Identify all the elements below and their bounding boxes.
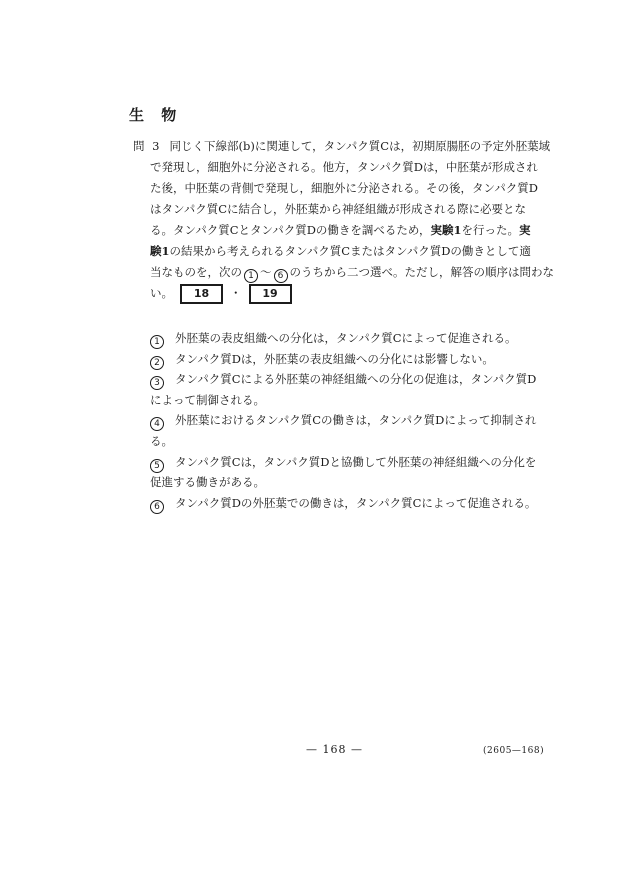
page-title: 生 物 [129, 104, 182, 125]
option-1-text: 外胚葉の表皮組織への分化は，タンパク質Cによって促進される。 [175, 331, 517, 345]
option-6-text: タンパク質Dの外胚葉での働きは，タンパク質Cによって促進される。 [175, 496, 536, 510]
option-2-circled-number: 2 [150, 356, 164, 370]
answer-box-separator: ・ [230, 286, 242, 300]
stem-line-7: 当なものを，次の1～6のうちから二つ選べ。ただし，解答の順序は問わな [133, 262, 573, 283]
option-6: 6タンパク質Dの外胚葉での働きは，タンパク質Cによって促進される。 [150, 493, 580, 514]
option-2-text: タンパク質Dは，外胚葉の表皮組織への分化には影響しない。 [175, 352, 494, 366]
option-4: 4外胚葉におけるタンパク質Cの働きは，タンパク質Dによって抑制され [150, 410, 580, 431]
stem-line-2: で発現し，細胞外に分泌される。他方，タンパク質Dは，中胚葉が形成され [133, 157, 573, 178]
stem-line-1: 問 3同じく下線部(b)に関連して，タンパク質Cは，初期原腸胚の予定外胚葉域 [133, 136, 573, 157]
options-list: 1外胚葉の表皮組織への分化は，タンパク質Cによって促進される。 2タンパク質Dは… [150, 328, 580, 513]
inline-circled-6-icon: 6 [274, 269, 288, 283]
option-5-continuation: 促進する働きがある。 [150, 472, 580, 493]
option-5-circled-number: 5 [150, 459, 164, 473]
answer-line: い。18・19 [133, 283, 573, 304]
exam-page: 生 物 問 3同じく下線部(b)に関連して，タンパク質Cは，初期原腸胚の予定外胚… [0, 0, 620, 876]
option-3: 3タンパク質Cによる外胚葉の神経組織への分化の促進は，タンパク質D [150, 369, 580, 390]
answer-line-prefix: い。 [150, 286, 173, 300]
option-3-continuation: によって制御される。 [150, 390, 580, 411]
stem-line-5-text: る。タンパク質Cとタンパク質Dの働きを調べるため， [150, 223, 430, 237]
option-1: 1外胚葉の表皮組織への分化は，タンパク質Cによって促進される。 [150, 328, 580, 349]
option-2: 2タンパク質Dは，外胚葉の表皮組織への分化には影響しない。 [150, 349, 580, 370]
stem-line-7-text-2: のうちから二つ選べ。ただし，解答の順序は問わな [290, 265, 555, 279]
print-code: (2605—168) [483, 746, 544, 756]
answer-box-19: 19 [249, 284, 292, 304]
option-5-text: タンパク質Cは，タンパク質Dと協働して外胚葉の神経組織への分化を [175, 455, 536, 469]
inline-circled-1-icon: 1 [244, 269, 258, 283]
range-tilde: ～ [260, 265, 272, 279]
option-5: 5タンパク質Cは，タンパク質Dと協働して外胚葉の神経組織への分化を [150, 452, 580, 473]
stem-line-1-text: 同じく下線部(b)に関連して，タンパク質Cは，初期原腸胚の予定外胚葉域 [169, 139, 550, 153]
option-3-circled-number: 3 [150, 376, 164, 390]
option-4-text: 外胚葉におけるタンパク質Cの働きは，タンパク質Dによって抑制され [175, 413, 536, 427]
option-6-circled-number: 6 [150, 500, 164, 514]
stem-line-3: た後，中胚葉の背側で発現し，細胞外に分泌される。その後，タンパク質D [133, 178, 573, 199]
page-number: — 168 — [306, 743, 363, 756]
stem-line-6-text: の結果から考えられるタンパク質Cまたはタンパク質Dの働きとして適 [170, 244, 531, 258]
question-label: 問 3 [133, 139, 161, 153]
experiment-1-wrap-start: 実 [519, 223, 531, 237]
stem-line-7-text: 当なものを，次の [150, 265, 242, 279]
stem-line-6: 験1の結果から考えられるタンパク質Cまたはタンパク質Dの働きとして適 [133, 241, 573, 262]
stem-line-5: る。タンパク質Cとタンパク質Dの働きを調べるため，実験1を行った。実 [133, 220, 573, 241]
stem-line-4: はタンパク質Cに結合し，外胚葉から神経組織が形成される際に必要とな [133, 199, 573, 220]
option-1-circled-number: 1 [150, 335, 164, 349]
answer-box-18: 18 [180, 284, 223, 304]
experiment-1-wrap-end: 験1 [150, 244, 170, 258]
experiment-1-label: 実験1 [430, 223, 461, 237]
stem-line-5-text-2: を行った。 [461, 223, 519, 237]
option-3-text: タンパク質Cによる外胚葉の神経組織への分化の促進は，タンパク質D [175, 372, 536, 386]
option-4-continuation: る。 [150, 431, 580, 452]
question-stem: 問 3同じく下線部(b)に関連して，タンパク質Cは，初期原腸胚の予定外胚葉域 で… [133, 136, 573, 304]
option-4-circled-number: 4 [150, 417, 164, 431]
